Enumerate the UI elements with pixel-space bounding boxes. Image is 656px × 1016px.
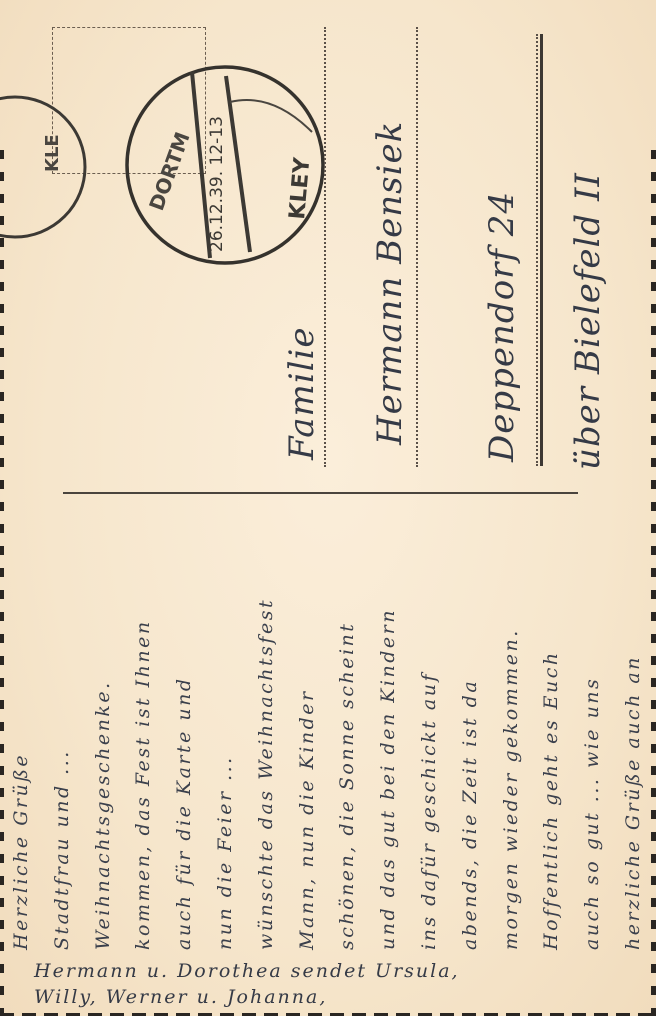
address-rule-3-dotted <box>536 34 538 466</box>
address-line-1: Familie <box>282 326 322 460</box>
message-line: morgen wieder gekommen. <box>500 628 522 950</box>
postcard: KLE DORTM KLEY 26.12.39. 12-13 Familie H… <box>0 0 656 1016</box>
message-line: nun die Feier ... <box>214 755 236 950</box>
message-line: schönen, die Sonne scheint <box>336 622 358 950</box>
postmark-partial: KLE <box>0 92 90 242</box>
address-line-2: Hermann Bensiek <box>370 121 410 445</box>
message-line: auch für die Karte und <box>173 676 195 950</box>
message-line: Weihnachtsgeschenke. <box>92 680 114 950</box>
card-edge-right <box>651 150 656 1016</box>
address-line-4: über Bielefeld II <box>568 172 608 470</box>
footer-line-1: Hermann u. Dorothea sendet Ursula, <box>34 960 460 982</box>
svg-text:KLE: KLE <box>42 134 63 172</box>
postmark-city-left: DORTM <box>144 129 194 214</box>
message-line: auch so gut ... wie uns <box>581 677 603 950</box>
message-line: Mann, nun die Kinder <box>296 689 318 950</box>
message-line: Stadtfrau und ... <box>51 749 73 950</box>
footer-line-2: Willy, Werner u. Johanna, <box>34 986 327 1008</box>
message-line: wünschte das Weihnachtsfest <box>255 598 277 950</box>
message-line: ins dafür geschickt auf <box>418 672 440 950</box>
message-line: Herzliche Grüße <box>10 753 32 950</box>
address-rule-3 <box>540 34 543 466</box>
message-line: abends, die Zeit ist da <box>459 679 481 950</box>
postmark: DORTM KLEY 26.12.39. 12-13 <box>122 62 328 268</box>
message-line: herzliche Grüße auch an <box>622 655 644 950</box>
card-edge-left <box>0 150 4 1016</box>
postmark-date: 26.12.39. 12-13 <box>207 116 227 252</box>
address-line-3: Deppendorf 24 <box>482 191 522 462</box>
message-line: Hoffentlich geht es Euch <box>540 650 562 950</box>
address-rule-1 <box>324 27 326 467</box>
message-line: und das gut bei den Kindern <box>377 608 399 950</box>
address-message-divider <box>63 492 578 494</box>
message-line: kommen, das Fest ist Ihnen <box>132 619 154 950</box>
address-rule-2 <box>416 27 418 467</box>
